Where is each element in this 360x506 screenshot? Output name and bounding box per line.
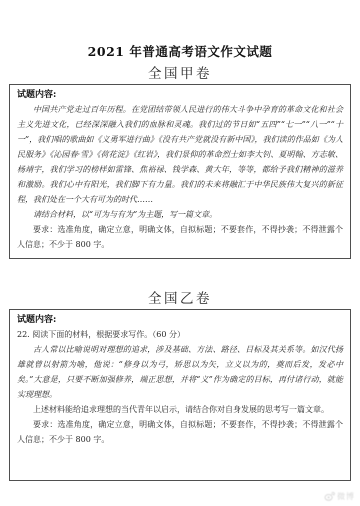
prompt-line: 上述材料能给追求理想的当代青年以启示，请结合你对自身发展的思考写一篇文章。: [17, 402, 343, 417]
weibo-watermark: 微博: [324, 491, 355, 502]
document-title: 2021 年普通高考语文作文试题: [0, 0, 360, 60]
question-number-line: 22. 阅读下面的材料，根据要求写作。（60 分）: [17, 327, 343, 342]
weibo-logo-icon: [324, 492, 335, 501]
material-paragraph: 中国共产党走过百年历程。在党团结带领人民进行的伟大斗争中孕育的革命文化和社会主义…: [17, 102, 343, 207]
requirements-line: 要求：选准角度，确定立意，明确文体，自拟标题；不要套作，不得抄袭；不得泄露个人信…: [17, 417, 343, 447]
watermark-text: 微博: [337, 491, 355, 502]
exam-document-page: 2021 年普通高考语文作文试题 全国甲卷 试题内容: 中国共产党走过百年历程。…: [0, 0, 360, 481]
content-label: 试题内容:: [17, 88, 343, 102]
requirements-line: 要求：选准角度，确定立意，明确文体，自拟标题；不要套作，不得抄袭；不得泄露个人信…: [17, 222, 343, 252]
content-label: 试题内容:: [17, 313, 343, 327]
content-box-national-b: 试题内容: 22. 阅读下面的材料，根据要求写作。（60 分） 古人常以比喻说明…: [9, 309, 351, 481]
section-heading-national-b: 全国乙卷: [0, 287, 360, 307]
prompt-line: 请结合材料，以“可为与有为”为主题，写一篇文章。: [17, 207, 343, 222]
content-box-national-a: 试题内容: 中国共产党走过百年历程。在党团结带领人民进行的伟大斗争中孕育的革命文…: [9, 84, 351, 259]
material-paragraph: 古人常以比喻说明对理想的追求，涉及基础、方法、路径、目标及其关系等。如汉代扬雄就…: [17, 342, 343, 402]
section-heading-national-a: 全国甲卷: [0, 62, 360, 82]
